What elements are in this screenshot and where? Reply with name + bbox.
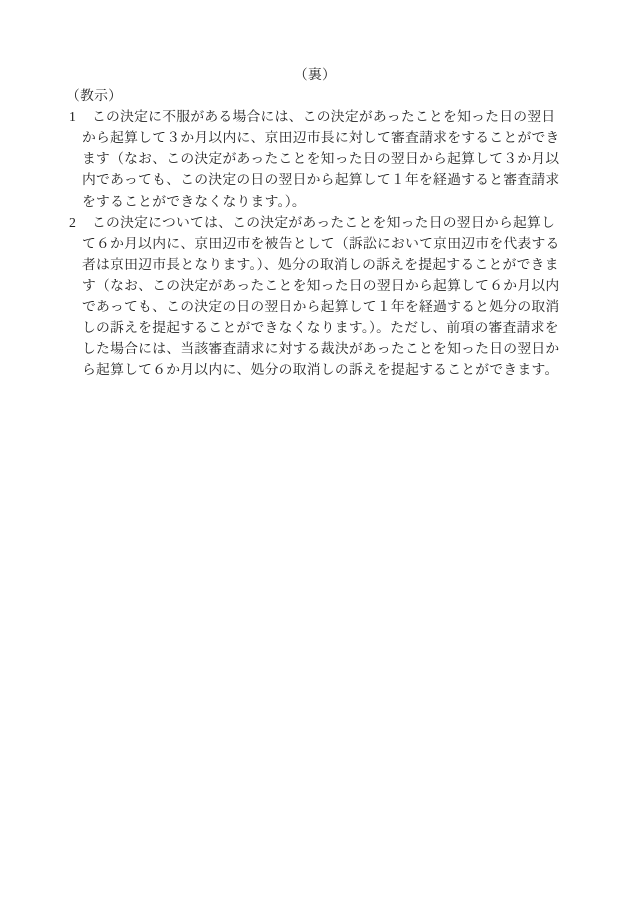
text-line: から起算して３か月以内に、京田辺市長に対して審査請求をすることができ xyxy=(82,127,560,148)
text-line: であっても、この決定の日の翌日から起算して１年を経過すると処分の取消 xyxy=(82,296,560,317)
text-line: この決定に不服がある場合には、この決定があったことを知った日の翌日 xyxy=(82,106,560,127)
text-line: した場合には、当該審査請求に対する裁決があったことを知った日の翌日か xyxy=(82,338,560,359)
instruction-item-1: 1 この決定に不服がある場合には、この決定があったことを知った日の翌日 から起算… xyxy=(82,106,560,211)
text-line: て６か月以内に、京田辺市を被告として（訴訟において京田辺市を代表する xyxy=(82,233,560,254)
item-number: 2 xyxy=(69,212,76,233)
document-page: （裏） （教示） 1 この決定に不服がある場合には、この決定があったことを知った… xyxy=(0,0,630,903)
text-line: す（なお、この決定があったことを知った日の翌日から起算して６か月以内 xyxy=(82,275,560,296)
text-line: この決定については、この決定があったことを知った日の翌日から起算し xyxy=(82,212,560,233)
text-line: しの訴えを提起することができなくなります。）。ただし、前項の審査請求を xyxy=(82,317,560,338)
item-number: 1 xyxy=(69,106,76,127)
text-line: ます（なお、この決定があったことを知った日の翌日から起算して３か月以 xyxy=(82,148,560,169)
text-line: ら起算して６か月以内に、処分の取消しの訴えを提起することができます。 xyxy=(82,359,560,380)
page-side-label: （裏） xyxy=(0,64,630,85)
section-label: （教示） xyxy=(66,85,630,106)
instruction-item-2: 2 この決定については、この決定があったことを知った日の翌日から起算し て６か月… xyxy=(82,212,560,381)
text-line: 内であっても、この決定の日の翌日から起算して１年を経過すると審査請求 xyxy=(82,169,560,190)
text-line: 者は京田辺市長となります。）、処分の取消しの訴えを提起することができま xyxy=(82,254,560,275)
text-line: をすることができなくなります。）。 xyxy=(82,191,560,212)
